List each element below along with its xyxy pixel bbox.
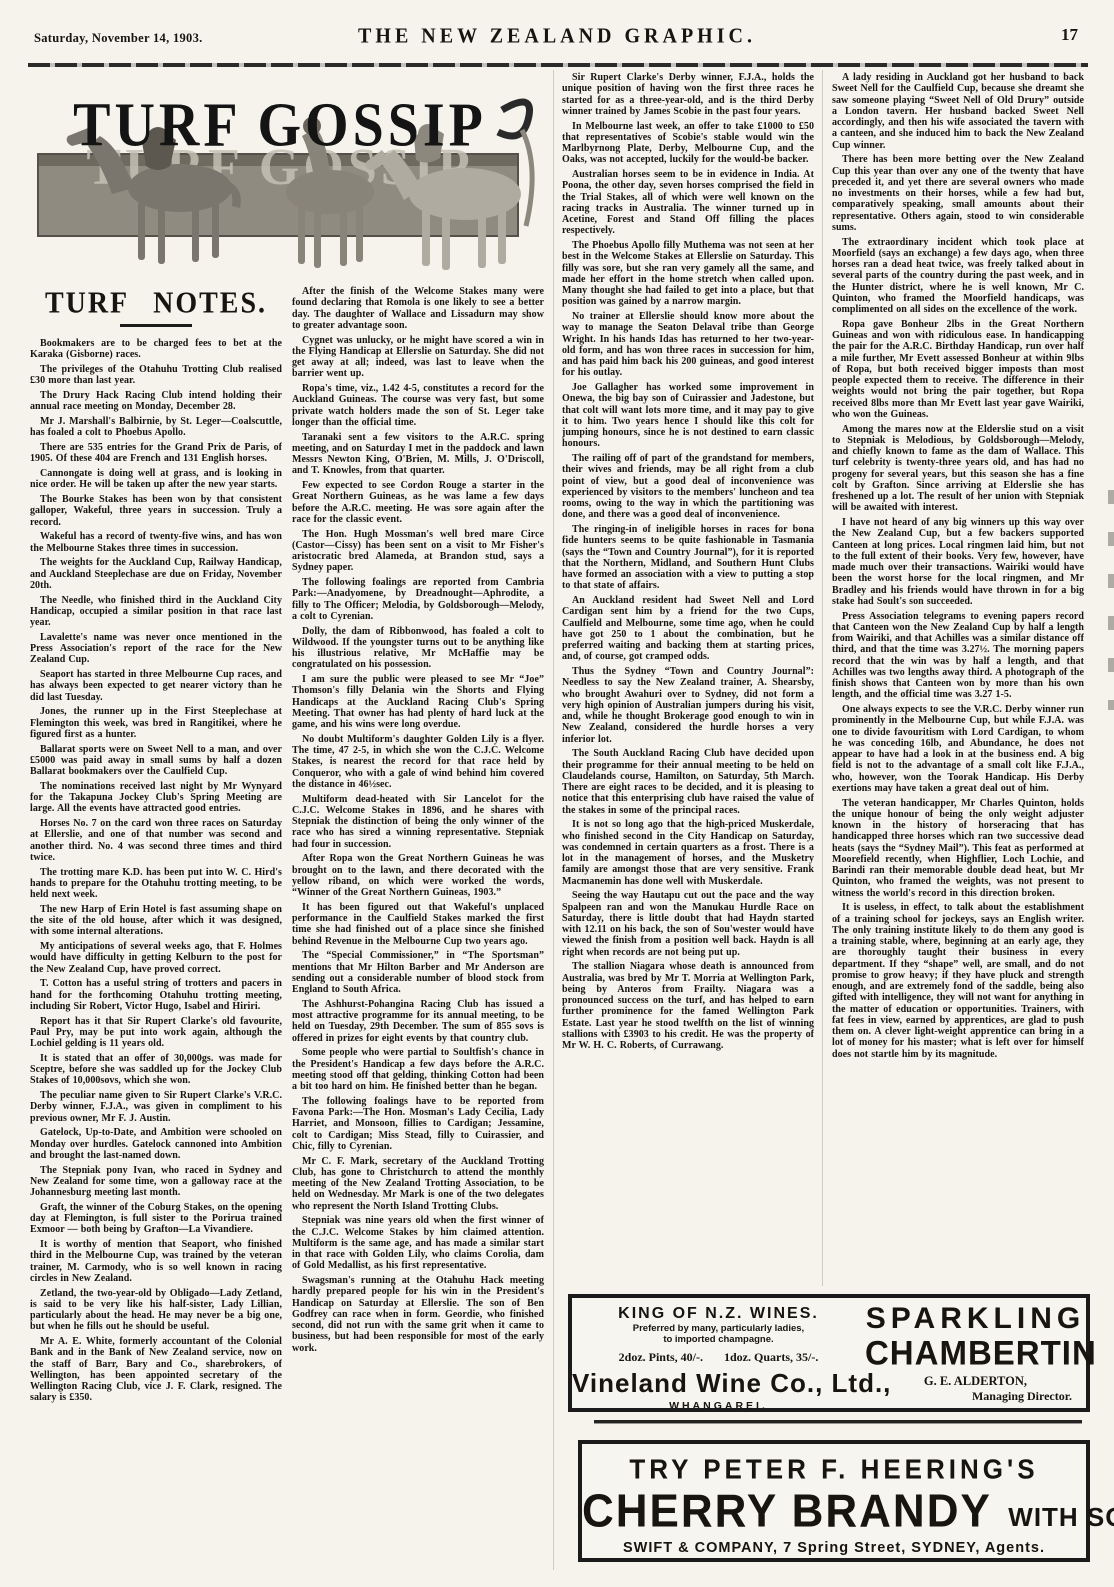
paragraph: The peculiar name given to Sir Rupert Cl…: [30, 1090, 282, 1124]
paragraph: The ringing-in of ineligible horses in r…: [562, 524, 814, 592]
paragraph: The Hon. Hugh Mossman's well bred mare C…: [292, 529, 544, 574]
paragraph: I am sure the public were pleased to see…: [292, 674, 544, 730]
paragraph: The Bourke Stakes has been won by that c…: [30, 494, 282, 528]
paragraph: No trainer at Ellerslie should know more…: [562, 311, 814, 379]
paragraph: Few expected to see Cordon Rouge a start…: [292, 480, 544, 525]
paragraph: Seaport has started in three Melbourne C…: [30, 669, 282, 703]
paragraph: Sir Rupert Clarke's Derby winner, F.J.A.…: [562, 72, 814, 117]
paragraph: Wakeful has a record of twenty-five wins…: [30, 531, 282, 554]
paragraph: Lavalette's name was never once mentione…: [30, 632, 282, 666]
paragraph: After Ropa won the Great Northern Guinea…: [292, 853, 544, 898]
paragraph: Among the mares now at the Elderslie stu…: [832, 424, 1084, 514]
paragraph: Australian horses seem to be in evidence…: [562, 169, 814, 237]
paragraph: Ballarat sports were on Sweet Nell to a …: [30, 744, 282, 778]
paragraph: Mr J. Marshall's Balbirnie, by St. Leger…: [30, 416, 282, 439]
paragraph: The Needle, who finished third in the Au…: [30, 595, 282, 629]
illustration-title: TURF GOSSIP: [73, 90, 487, 160]
paragraph: Cannongate is doing well at grass, and i…: [30, 468, 282, 491]
wine-ad-heading: KING OF N.Z. WINES.: [572, 1305, 865, 1323]
paragraph: Gatelock, Up-to-Date, and Ambition were …: [30, 1127, 282, 1161]
wine-company-town: WHANGAREI.: [572, 1400, 865, 1412]
paragraph: A lady residing in Auckland got her husb…: [832, 72, 1084, 151]
paragraph: The following foalings are reported from…: [292, 577, 544, 622]
ad-divider-rule: [594, 1420, 1082, 1424]
paragraph: The new Harp of Erin Hotel is fast assum…: [30, 904, 282, 938]
director-name: G. E. ALDERTON,: [865, 1374, 1086, 1389]
paragraph: The Phoebus Apollo filly Muthema was not…: [562, 240, 814, 308]
wine-advertisement: KING OF N.Z. WINES. Preferred by many, p…: [568, 1294, 1090, 1412]
heading-divider: [120, 324, 192, 327]
paragraph: Mr A. E. White, formerly accountant of t…: [30, 1336, 282, 1404]
paragraph: Some people who were partial to Soultfis…: [292, 1047, 544, 1092]
brandy-advertisement: TRY PETER F. HEERING'S CHERRY BRANDY WIT…: [578, 1440, 1090, 1562]
with-soda-label: WITH SODA.: [1008, 1502, 1114, 1533]
paragraph: The railing off of part of the grandstan…: [562, 453, 814, 521]
paragraph: Bookmakers are to be charged fees to bet…: [30, 338, 282, 361]
turf-gossip-art: TURF GOSSIP: [30, 76, 546, 274]
director-title: Managing Director.: [865, 1389, 1086, 1404]
paragraph: The weights for the Auckland Cup, Railwa…: [30, 557, 282, 591]
column-rule: [553, 70, 554, 1570]
paragraph: One always expects to see the V.R.C. Der…: [832, 704, 1084, 794]
paragraph: Joe Gallagher has worked some improvemen…: [562, 382, 814, 450]
wine-company-name: Vineland Wine Co., Ltd.,: [572, 1368, 865, 1399]
column-1: TURF NOTES. Bookmakers are to be charged…: [30, 284, 282, 1584]
wine-ad-subline2: to imported champagne.: [572, 1334, 865, 1345]
paragraph: Thus the Sydney “Town and Country Journa…: [562, 666, 814, 745]
paragraph: I have not heard of any big winners up t…: [832, 517, 1084, 607]
paragraph: Report has it that Sir Rupert Clarke's o…: [30, 1016, 282, 1050]
paragraph: Mr C. F. Mark, secretary of the Auckland…: [292, 1156, 544, 1212]
wine-ad-prices: 2doz. Pints, 40/-. 1doz. Quarts, 35/-.: [572, 1350, 865, 1365]
paragraph: It is useless, in effect, to talk about …: [832, 902, 1084, 1060]
paragraph: The Ashhurst-Pohangina Racing Club has i…: [292, 999, 544, 1044]
cherry-brandy-label: CHERRY BRANDY: [582, 1486, 992, 1539]
chambertin-label: CHAMBERTIN: [865, 1333, 1086, 1373]
paragraph: It is stated that an offer of 30,000gs. …: [30, 1053, 282, 1087]
paragraph: Graft, the winner of the Coburg Stakes, …: [30, 1202, 282, 1236]
paragraph: Press Association telegrams to evening p…: [832, 611, 1084, 701]
paragraph: Zetland, the two-year-old by Obligado—La…: [30, 1288, 282, 1333]
paragraph: The stallion Niagara whose death is anno…: [562, 961, 814, 1051]
paragraph: It is worthy of mention that Seaport, wh…: [30, 1239, 282, 1284]
section-heading: TURF NOTES.: [30, 287, 282, 322]
paragraph: Multiform dead-heated with Sir Lancelot …: [292, 794, 544, 850]
paragraph: Swagsman's running at the Otahuhu Hack m…: [292, 1275, 544, 1354]
paragraph: The South Auckland Racing Club have deci…: [562, 748, 814, 816]
price-pints: 2doz. Pints, 40/-.: [619, 1350, 703, 1364]
page-edge-marks: [1108, 490, 1114, 710]
paragraph: The nominations received last night by M…: [30, 781, 282, 815]
paragraph: Jones, the runner up in the First Steepl…: [30, 706, 282, 740]
newspaper-page: Saturday, November 14, 1903. THE NEW ZEA…: [0, 0, 1114, 1587]
paragraph: There are 535 entries for the Grand Prix…: [30, 442, 282, 465]
paragraph: Ropa's time, viz., 1.42 4-5, constitutes…: [292, 383, 544, 428]
sparkling-label: SPARKLING: [865, 1302, 1086, 1336]
paragraph: There has been more betting over the New…: [832, 154, 1084, 233]
paragraph: Dolly, the dam of Ribbonwood, has foaled…: [292, 626, 544, 671]
paragraph: Horses No. 7 on the card won three races…: [30, 818, 282, 863]
paragraph: It has been figured out that Wakeful's u…: [292, 902, 544, 947]
turf-gossip-illustration: TURF GOSSIP: [30, 76, 546, 274]
paragraph: Taranaki sent a few visitors to the A.R.…: [292, 432, 544, 477]
paragraph: Stepniak was nine years old when the fir…: [292, 1215, 544, 1271]
paragraph: An Auckland resident had Sweet Nell and …: [562, 595, 814, 663]
paragraph: In Melbourne last week, an offer to take…: [562, 121, 814, 166]
paragraph: My anticipations of several weeks ago, t…: [30, 941, 282, 975]
paragraph: It is not so long ago that the high-pric…: [562, 819, 814, 887]
page-number: 17: [1061, 25, 1078, 45]
brandy-agents-line: SWIFT & COMPANY, 7 Spring Street, SYDNEY…: [582, 1540, 1086, 1556]
column-1-paragraphs: Bookmakers are to be charged fees to bet…: [30, 338, 282, 1404]
paragraph: The extraordinary incident which took pl…: [832, 237, 1084, 316]
paragraph: No doubt Multiform's daughter Golden Lil…: [292, 734, 544, 790]
header-rule: [28, 63, 1088, 67]
column-rule: [822, 70, 823, 1286]
paragraph: The Drury Hack Racing Club intend holdin…: [30, 390, 282, 413]
brandy-ad-line1: TRY PETER F. HEERING'S: [582, 1453, 1086, 1486]
paragraph: Ropa gave Bonheur 2lbs in the Great Nort…: [832, 319, 1084, 420]
column-2: After the finish of the Welcome Stakes m…: [292, 286, 544, 1584]
paragraph: The veteran handicapper, Mr Charles Quin…: [832, 798, 1084, 899]
column-4: A lady residing in Auckland got her husb…: [832, 72, 1084, 1304]
paragraph: The Stepniak pony Ivan, who raced in Syd…: [30, 1165, 282, 1199]
paragraph: The “Special Commissioner,” in “The Spor…: [292, 950, 544, 995]
paragraph: After the finish of the Welcome Stakes m…: [292, 286, 544, 331]
paragraph: The privileges of the Otahuhu Trotting C…: [30, 364, 282, 387]
paragraph: The following foalings have to be report…: [292, 1096, 544, 1152]
paragraph: Cygnet was unlucky, or he might have sco…: [292, 335, 544, 380]
paragraph: The trotting mare K.D. has been put into…: [30, 867, 282, 901]
paragraph: Seeing the way Hautapu cut out the pace …: [562, 890, 814, 958]
paragraph: T. Cotton has a useful string of trotter…: [30, 978, 282, 1012]
column-3: Sir Rupert Clarke's Derby winner, F.J.A.…: [562, 72, 814, 1294]
price-quarts: 1doz. Quarts, 35/-.: [724, 1350, 818, 1364]
wine-ad-subline1: Preferred by many, particularly ladies,: [572, 1323, 865, 1334]
masthead-title: THE NEW ZEALAND GRAPHIC.: [0, 24, 1114, 48]
